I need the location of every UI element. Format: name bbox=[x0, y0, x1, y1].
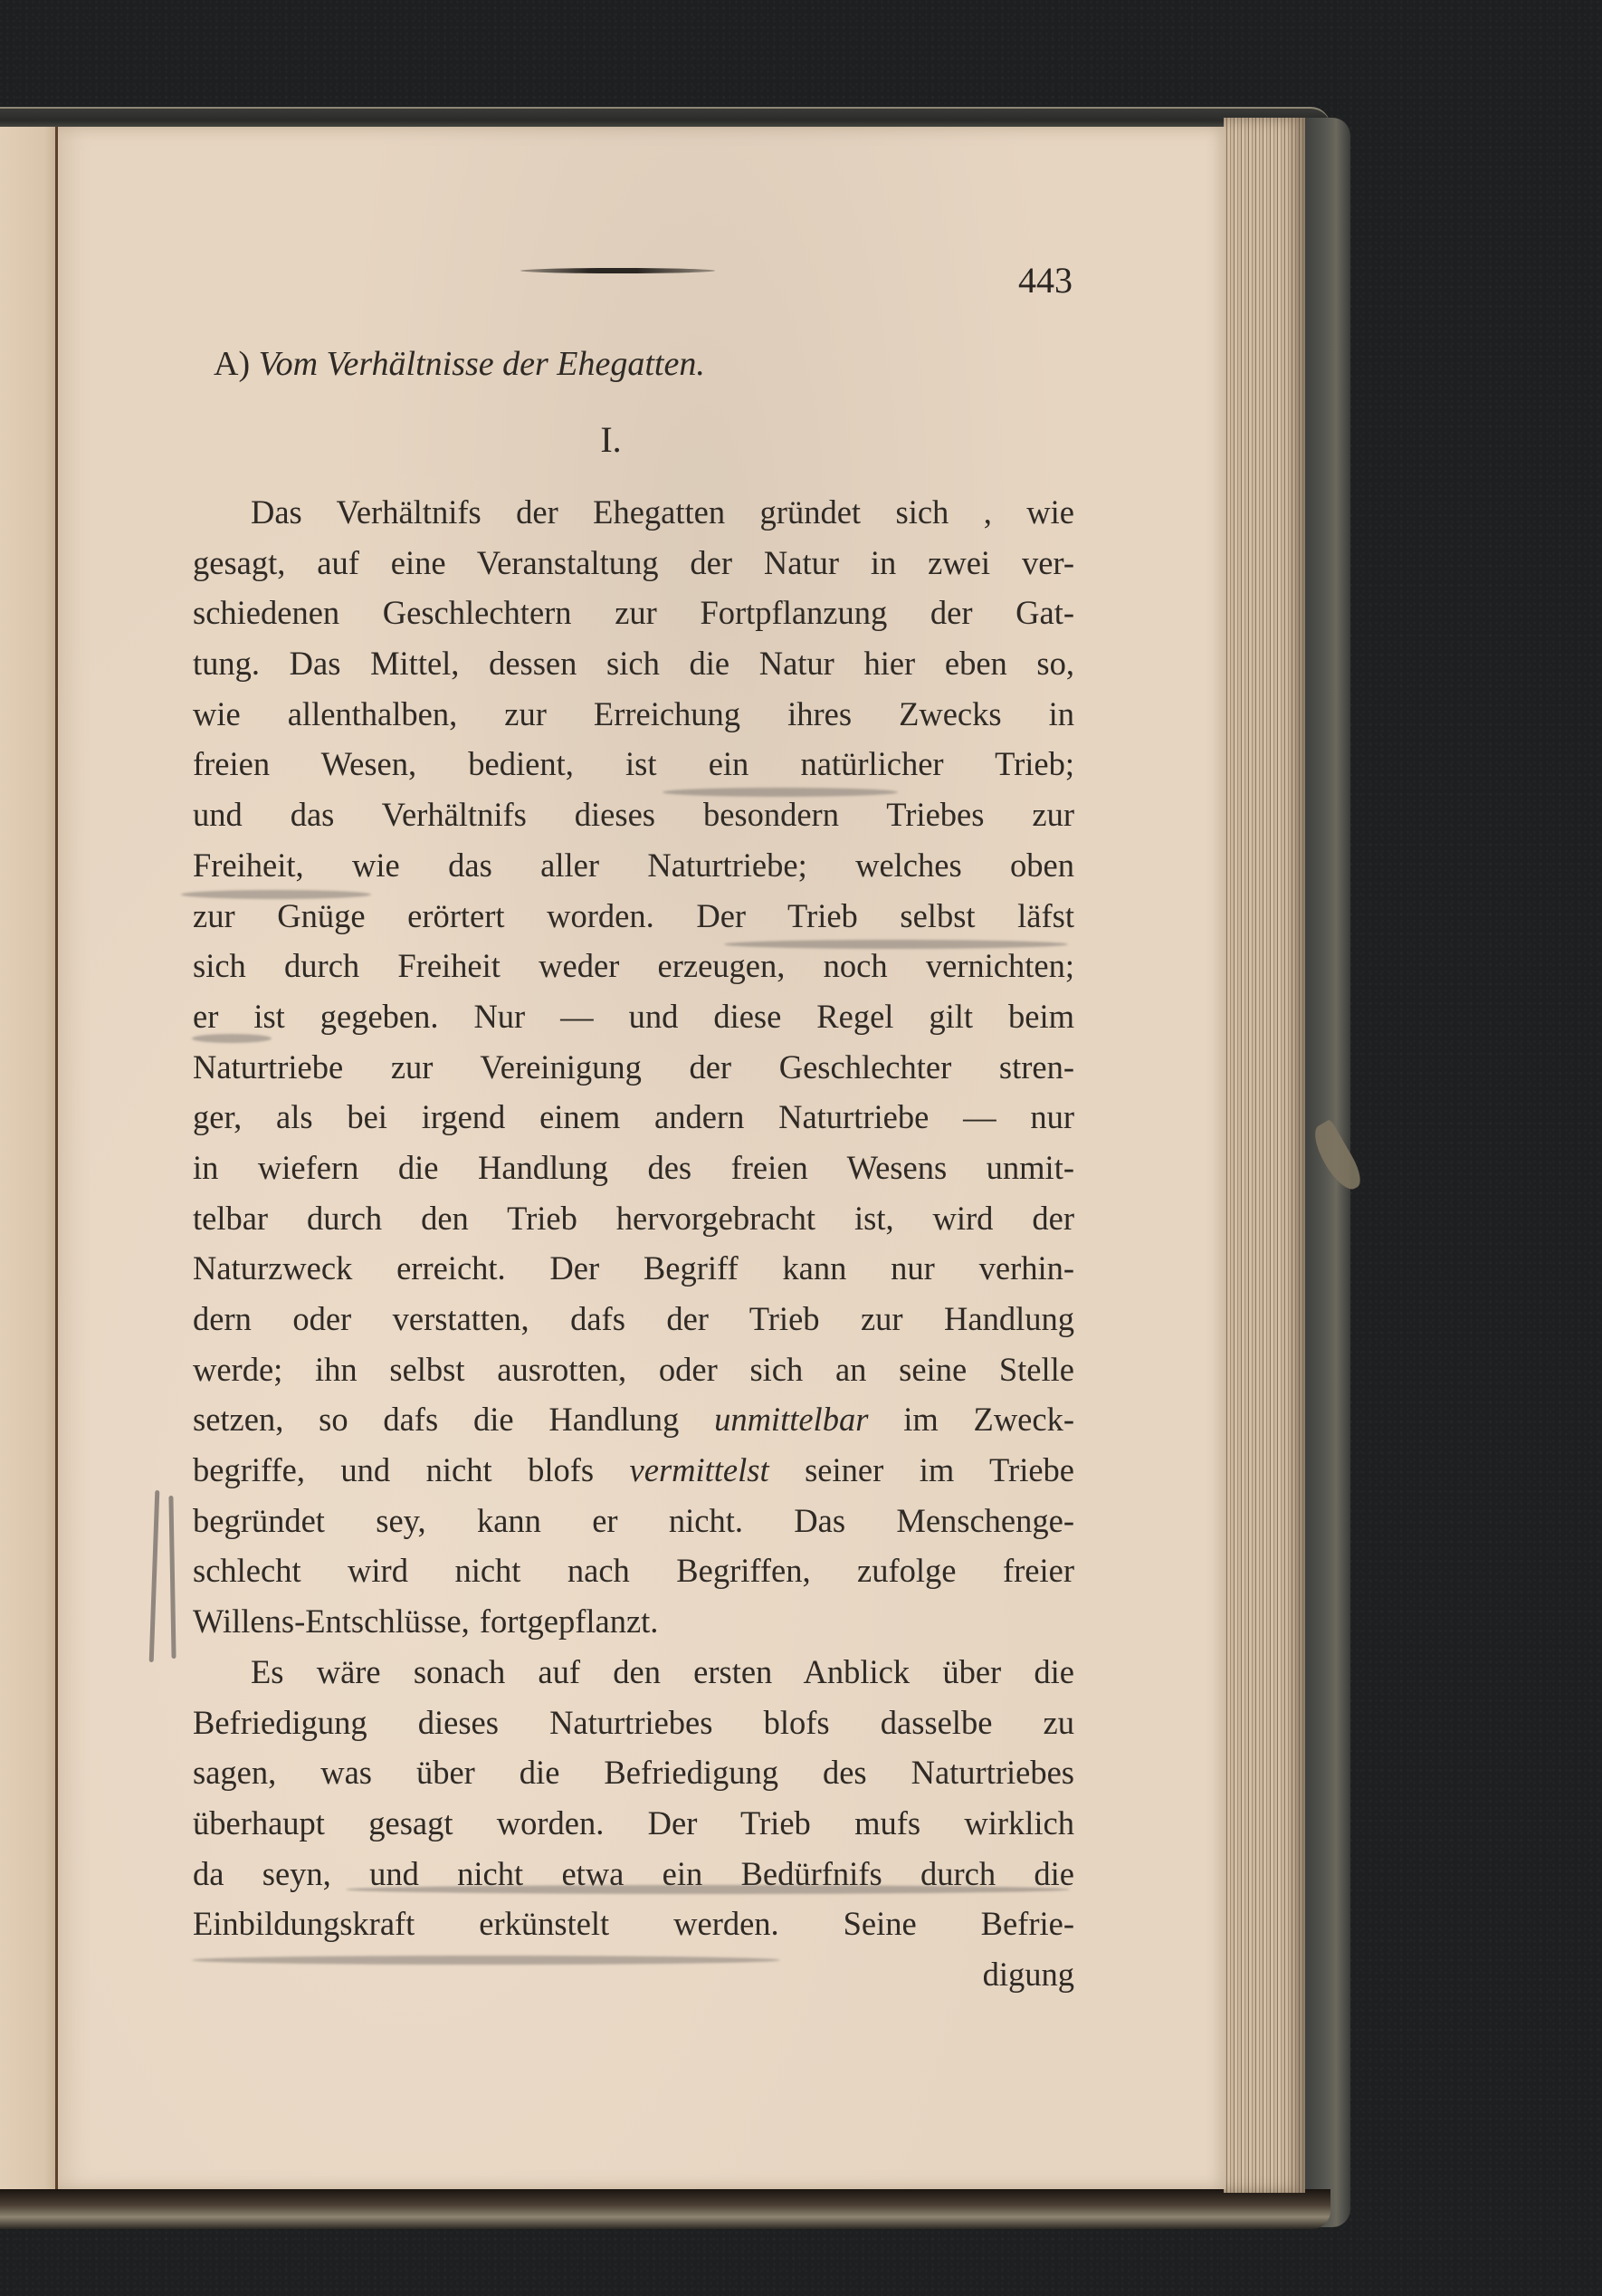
pencil-underline bbox=[192, 1034, 272, 1043]
text-segment: setzen, so dafs die Handlung bbox=[193, 1401, 714, 1438]
text-line: Es wäre sonach auf den ersten Anblick üb… bbox=[193, 1647, 1074, 1698]
text-line: telbar durch den Trieb hervorgebracht is… bbox=[193, 1193, 1074, 1244]
text-line: gesagt, auf eine Veranstaltung der Natur… bbox=[193, 538, 1074, 588]
paragraph-2: Es wäre sonach auf den ersten Anblick üb… bbox=[193, 1647, 1074, 1949]
emphasized-word: vermittelst bbox=[630, 1451, 769, 1488]
section-number: I. bbox=[0, 418, 1168, 461]
text-line: in wiefern die Handlung des freien Wesen… bbox=[193, 1143, 1074, 1193]
text-line: Naturzweck erreicht. Der Begriff kann nu… bbox=[193, 1243, 1074, 1294]
pencil-underline bbox=[192, 1956, 780, 1965]
section-heading-title: Vom Verhältnisse der Ehegatten. bbox=[259, 345, 705, 383]
page-stack-edges bbox=[1224, 118, 1305, 2193]
text-line: wie allenthalben, zur Erreichung ihres Z… bbox=[193, 689, 1074, 740]
text-line: er ist gegeben. Nur — und diese Regel gi… bbox=[193, 991, 1074, 1042]
text-line: werde; ihn selbst ausrotten, oder sich a… bbox=[193, 1344, 1074, 1395]
text-line: Das Verhältnifs der Ehegatten gründet si… bbox=[193, 487, 1074, 538]
paragraph-1: Das Verhältnifs der Ehegatten gründet si… bbox=[193, 487, 1074, 1647]
text-line: schlecht wird nicht nach Begriffen, zufo… bbox=[193, 1545, 1074, 1596]
ornamental-header-rule bbox=[520, 268, 715, 273]
text-line: ger, als bei irgend einem andern Naturtr… bbox=[193, 1092, 1074, 1143]
pencil-underline bbox=[724, 940, 1068, 949]
book-cover-top-edge bbox=[0, 107, 1330, 129]
text-line: freien Wesen, bedient, ist ein natürlich… bbox=[193, 739, 1074, 789]
text-line: überhaupt gesagt worden. Der Trieb mufs … bbox=[193, 1798, 1074, 1849]
text-line: Freiheit, wie das aller Naturtriebe; wel… bbox=[193, 840, 1074, 891]
text-line-with-emphasis: begriffe, und nicht blofs vermittelst se… bbox=[193, 1445, 1074, 1496]
page-number: 443 bbox=[973, 259, 1073, 301]
text-line: Einbildungskraft erkünstelt werden. Sein… bbox=[193, 1899, 1074, 1949]
pencil-underline bbox=[663, 788, 898, 797]
text-line: begründet sey, kann er nicht. Das Mensch… bbox=[193, 1496, 1074, 1546]
section-heading-label: A) bbox=[214, 345, 250, 383]
text-line: Naturtriebe zur Vereinigung der Geschlec… bbox=[193, 1042, 1074, 1093]
emphasized-word: unmittelbar bbox=[714, 1401, 868, 1438]
text-line: dern oder verstatten, dafs der Trieb zur… bbox=[193, 1294, 1074, 1344]
text-line: Willens-Entschlüsse, fortgepflanzt. bbox=[193, 1596, 1074, 1647]
pencil-underline bbox=[181, 890, 371, 899]
text-line: Befriedigung dieses Naturtriebes blofs d… bbox=[193, 1698, 1074, 1748]
text-line: tung. Das Mittel, dessen sich die Natur … bbox=[193, 638, 1074, 689]
text-segment: begriffe, und nicht blofs bbox=[193, 1451, 630, 1488]
text-line: schiedenen Geschlechtern zur Fortpflanzu… bbox=[193, 588, 1074, 638]
book-cover-bottom-edge bbox=[0, 2189, 1330, 2229]
text-line-with-emphasis: setzen, so dafs die Handlung unmittelbar… bbox=[193, 1394, 1074, 1445]
text-segment: seiner im Triebe bbox=[769, 1451, 1074, 1488]
section-heading: A) Vom Verhältnisse der Ehegatten. bbox=[214, 344, 1119, 384]
text-segment: im Zweck- bbox=[868, 1401, 1074, 1438]
text-line: sagen, was über die Befriedigung des Nat… bbox=[193, 1747, 1074, 1798]
pencil-underline bbox=[346, 1885, 1070, 1894]
body-text: Das Verhältnifs der Ehegatten gründet si… bbox=[193, 487, 1074, 2000]
text-line: und das Verhältnifs dieses besondern Tri… bbox=[193, 789, 1074, 840]
